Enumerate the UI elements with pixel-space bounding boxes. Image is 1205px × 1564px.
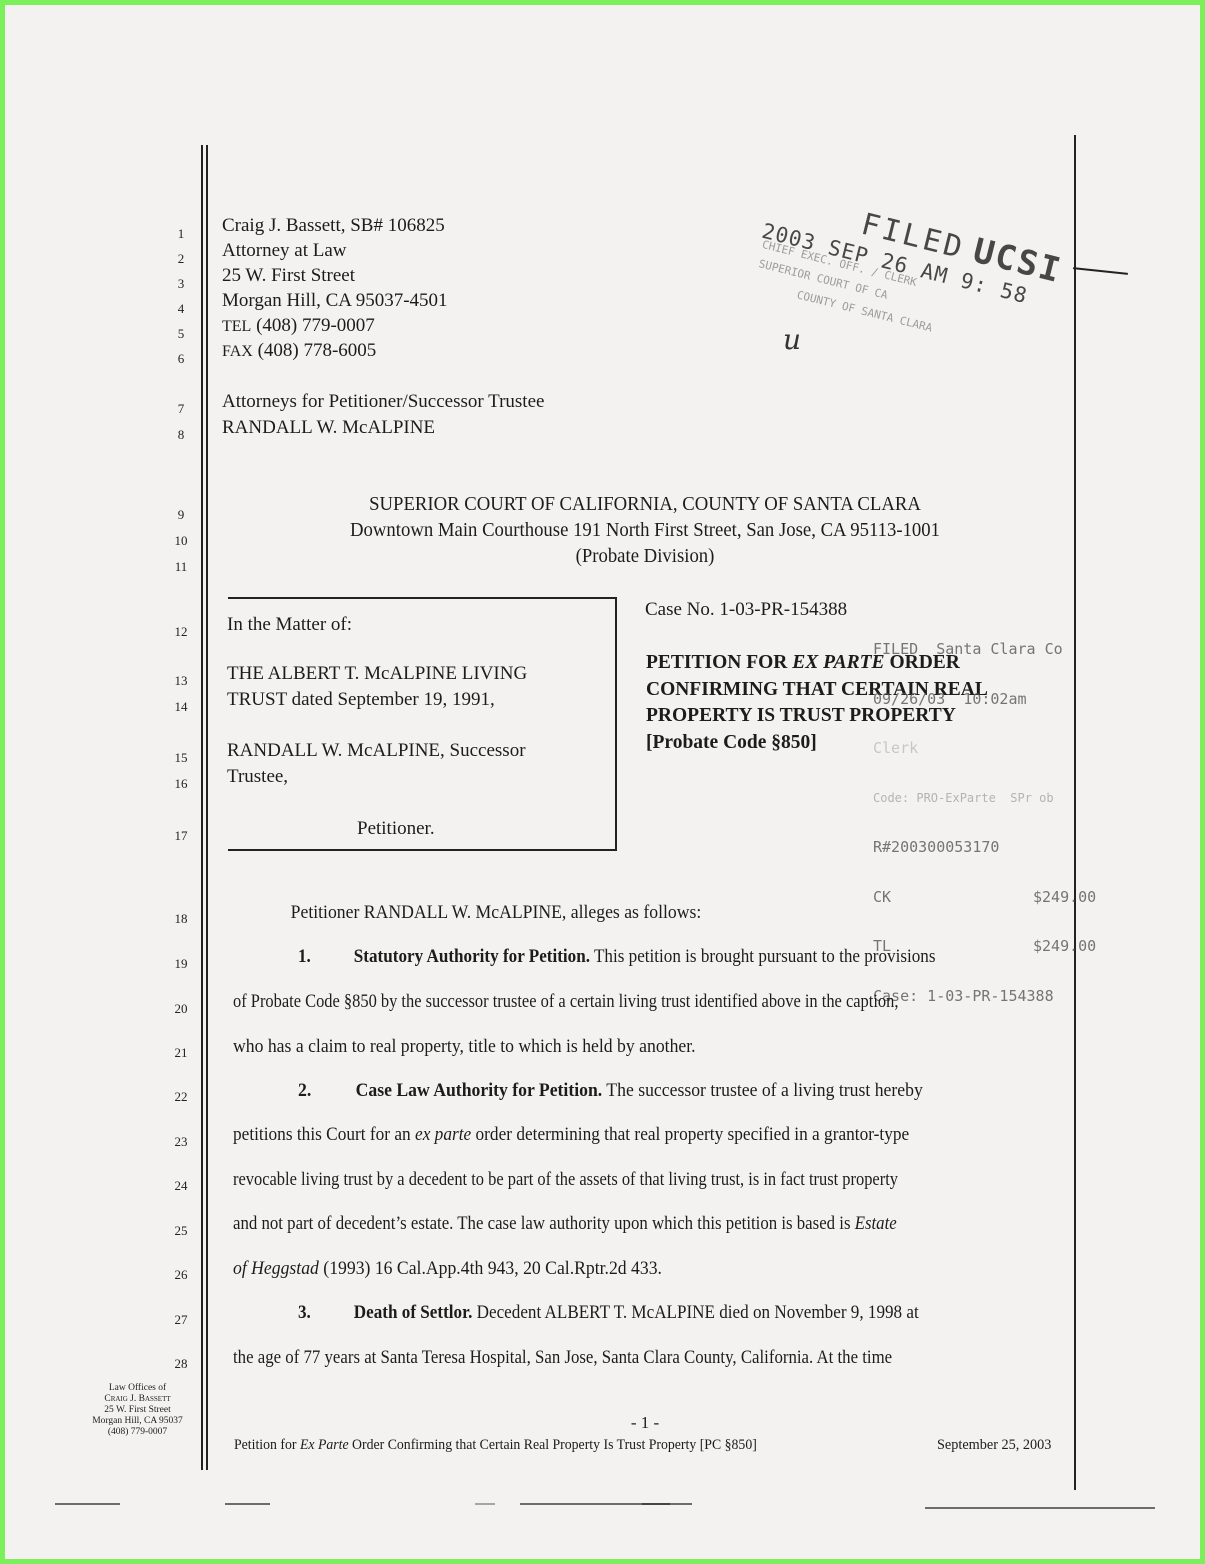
body-intro: Petitioner RANDALL W. McALPINE, alleges … bbox=[233, 902, 1077, 924]
line-number: 15 bbox=[165, 750, 197, 766]
paragraph-1-heading: Statutory Authority for Petition. bbox=[354, 946, 590, 967]
line-number: 2 bbox=[165, 251, 197, 267]
client-name: RANDALL W. McALPINE bbox=[222, 415, 435, 440]
right-margin-rule bbox=[1074, 135, 1076, 1490]
line-number: 5 bbox=[165, 326, 197, 342]
line-number: 28 bbox=[165, 1356, 197, 1372]
stamp-underline bbox=[1073, 267, 1128, 275]
in-the-matter: In the Matter of: bbox=[227, 612, 352, 637]
line-number: 20 bbox=[165, 1001, 197, 1017]
footer-document-title: Petition for Ex Parte Order Confirming t… bbox=[234, 1437, 757, 1454]
paragraph-3-heading: Death of Settlor. bbox=[354, 1302, 473, 1323]
attorney-phone: TEL (408) 779-0007 bbox=[222, 313, 375, 339]
court-division: (Probate Division) bbox=[232, 544, 1058, 569]
paragraph-2-line-5: of Heggstad (1993) 16 Cal.App.4th 943, 2… bbox=[233, 1258, 1019, 1280]
case-citation: of Heggstad bbox=[233, 1258, 319, 1279]
document-page: 1 2 3 4 5 6 7 8 9 10 11 12 13 14 15 16 1… bbox=[5, 5, 1200, 1559]
line-number: 23 bbox=[165, 1134, 197, 1150]
trustee-line1: RANDALL W. McALPINE, Successor bbox=[227, 738, 526, 763]
attorney-fax: FAX (408) 778-6005 bbox=[222, 338, 376, 364]
line-number: 3 bbox=[165, 276, 197, 292]
receipt-line: 09/26/03 10:02am bbox=[873, 691, 1063, 708]
paragraph-3-line-1: 3.Death of Settlor. Decedent ALBERT T. M… bbox=[298, 1302, 1059, 1324]
paragraph-2-line-4: and not part of decedent’s estate. The c… bbox=[233, 1213, 981, 1235]
attorneys-for: Attorneys for Petitioner/Successor Trust… bbox=[222, 389, 544, 414]
line-number: 18 bbox=[165, 911, 197, 927]
attorney-street: 25 W. First Street bbox=[222, 263, 355, 288]
receipt-line: Clerk bbox=[873, 740, 1063, 757]
fax-label: FAX bbox=[222, 343, 253, 360]
trust-name-line2: TRUST dated September 19, 1991, bbox=[227, 687, 495, 712]
line-number: 14 bbox=[165, 699, 197, 715]
line-number: 4 bbox=[165, 301, 197, 317]
line-number: 7 bbox=[165, 401, 197, 417]
paragraph-1-line-3: who has a claim to real property, title … bbox=[233, 1036, 1019, 1058]
paragraph-2-line-1: 2.Case Law Authority for Petition. The s… bbox=[298, 1080, 1084, 1102]
line-number: 9 bbox=[165, 507, 197, 523]
page-number: - 1 - bbox=[215, 1413, 1075, 1433]
line-number: 21 bbox=[165, 1045, 197, 1061]
receipt-line: Code: PRO-ExParte SPr ob bbox=[873, 790, 1063, 807]
line-number: 11 bbox=[165, 559, 197, 575]
attorney-city: Morgan Hill, CA 95037-4501 bbox=[222, 288, 448, 313]
line-number: 13 bbox=[165, 673, 197, 689]
law-office-footer: Law Offices of Craig J. Bassett 25 W. Fi… bbox=[75, 1383, 200, 1438]
paragraph-2-line-2: petitions this Court for an ex parte ord… bbox=[233, 1124, 1002, 1146]
receipt-line: FILED Santa Clara Co bbox=[873, 641, 1063, 658]
attorney-name: Craig J. Bassett, SB# 106825 bbox=[222, 213, 445, 238]
line-number: 1 bbox=[165, 226, 197, 242]
line-number: 17 bbox=[165, 828, 197, 844]
fax-number: (408) 778-6005 bbox=[258, 340, 377, 361]
trust-name-line1: THE ALBERT T. McALPINE LIVING bbox=[227, 661, 527, 686]
line-number: 16 bbox=[165, 776, 197, 792]
line-number: 22 bbox=[165, 1089, 197, 1105]
tel-label: TEL bbox=[222, 318, 251, 335]
case-number: Case No. 1-03-PR-154388 bbox=[645, 597, 847, 623]
trustee-line2: Trustee, bbox=[227, 764, 288, 789]
court-name: SUPERIOR COURT OF CALIFORNIA, COUNTY OF … bbox=[232, 492, 1058, 517]
receipt-line: R#200300053170 bbox=[873, 839, 1063, 856]
court-address: Downtown Main Courthouse 191 North First… bbox=[232, 518, 1058, 543]
left-margin-rule bbox=[201, 145, 203, 1470]
line-number: 19 bbox=[165, 956, 197, 972]
petitioner-label: Petitioner. bbox=[357, 816, 435, 841]
line-number: 8 bbox=[165, 427, 197, 443]
tel-number: (408) 779-0007 bbox=[256, 315, 375, 336]
paragraph-1-line-1: 1.Statutory Authority for Petition. This… bbox=[298, 946, 1059, 968]
paragraph-3-line-2: the age of 77 years at Santa Teresa Hosp… bbox=[233, 1347, 981, 1369]
line-number: 27 bbox=[165, 1312, 197, 1328]
line-number: 12 bbox=[165, 624, 197, 640]
line-number: 24 bbox=[165, 1178, 197, 1194]
left-margin-rule-inner bbox=[206, 145, 208, 1470]
paragraph-2-line-3: revocable living trust by a decedent to … bbox=[233, 1169, 964, 1191]
line-number: 10 bbox=[165, 533, 197, 549]
handwritten-initial: u bbox=[783, 323, 801, 356]
paragraph-1-line-2: of Probate Code §850 by the successor tr… bbox=[233, 991, 964, 1013]
paragraph-2-heading: Case Law Authority for Petition. bbox=[356, 1080, 603, 1101]
footer-date: September 25, 2003 bbox=[937, 1437, 1051, 1454]
line-number: 26 bbox=[165, 1267, 197, 1283]
attorney-title: Attorney at Law bbox=[222, 238, 347, 263]
line-number: 25 bbox=[165, 1223, 197, 1239]
receipt-stamp: FILED Santa Clara Co 09/26/03 10:02am Cl… bbox=[873, 608, 1063, 1037]
line-number: 6 bbox=[165, 351, 197, 367]
